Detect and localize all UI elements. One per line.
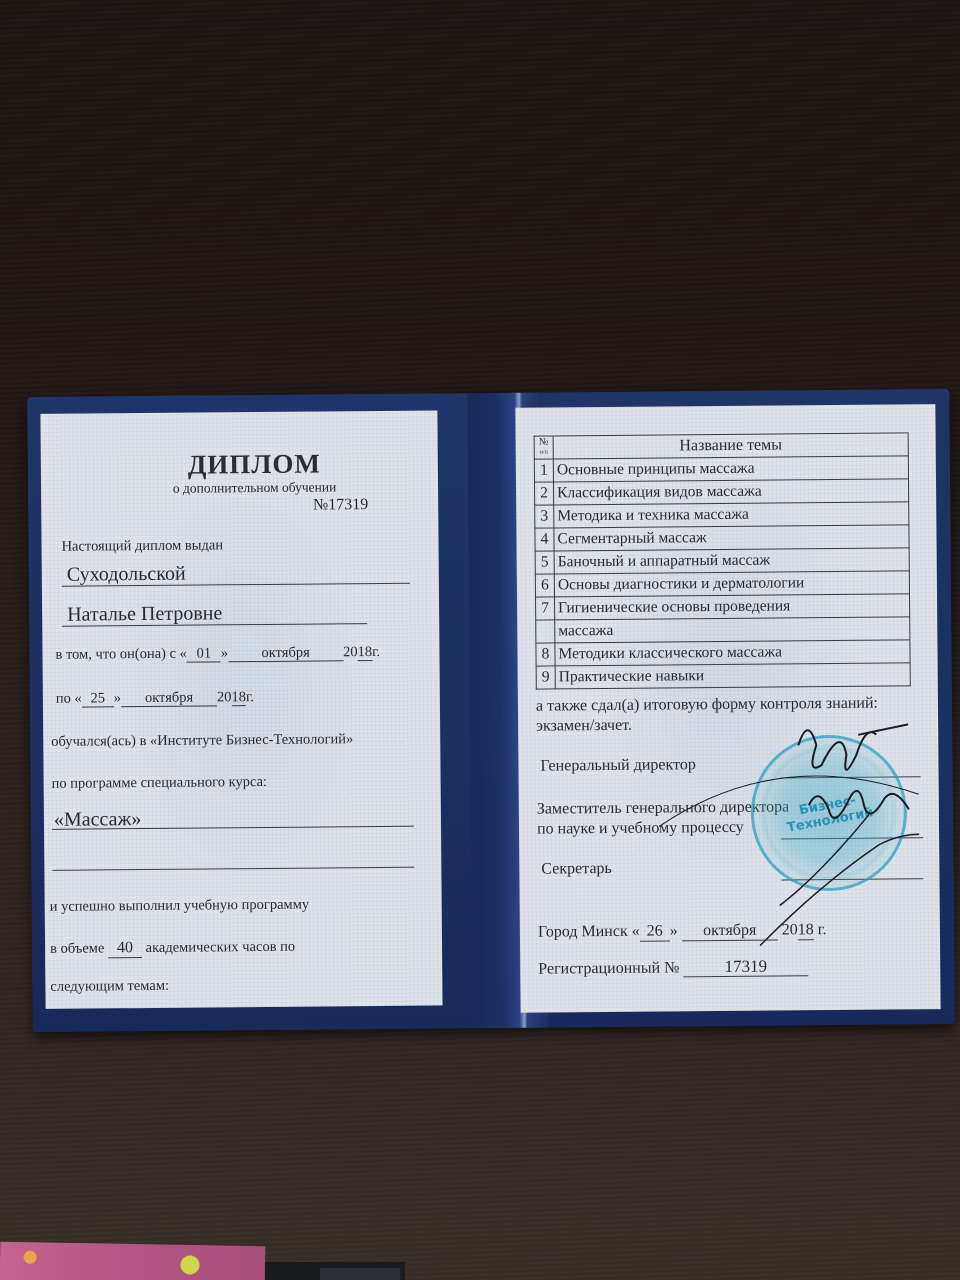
topic-name: Гигиенические основы проведения bbox=[555, 594, 910, 620]
program-label: по программе специального курса: bbox=[52, 774, 268, 793]
hours-value: 40 bbox=[108, 940, 142, 958]
topic-number: 5 bbox=[535, 551, 554, 574]
left-page: ДИПЛОМ о дополнительном обучении №17319 … bbox=[40, 410, 442, 1008]
diploma-cover: ДИПЛОМ о дополнительном обучении №17319 … bbox=[27, 389, 955, 1032]
to-day: 25 bbox=[82, 691, 114, 707]
topic-number: 2 bbox=[535, 482, 554, 505]
topics-label: следующим темам: bbox=[50, 978, 169, 996]
to-date-line: по «25»октября2018г. bbox=[56, 689, 254, 708]
exam-text-2: экзамен/зачет. bbox=[536, 717, 632, 736]
topic-number: 4 bbox=[535, 528, 554, 551]
table-row: 2Классификация видов массажа bbox=[535, 479, 909, 505]
topic-number: 8 bbox=[536, 643, 555, 666]
signatures bbox=[718, 704, 940, 926]
studied-at: обучался(ась) в «Институте Бизнес-Технол… bbox=[51, 731, 353, 751]
course-underline-2 bbox=[52, 867, 414, 871]
completed-text: и успешно выполнил учебную программу bbox=[50, 897, 310, 916]
topic-number: 7 bbox=[536, 597, 555, 620]
patterned-fabric bbox=[0, 1242, 265, 1280]
city-month: октября bbox=[682, 923, 778, 942]
topic-name: Основы диагностики и дерматологии bbox=[554, 571, 909, 597]
topics-table: № п/п Название темы 1Основные принципы м… bbox=[534, 432, 911, 689]
topic-number: 3 bbox=[535, 505, 554, 528]
from-month: октября bbox=[228, 645, 343, 662]
city-year: 18 bbox=[798, 922, 814, 940]
header-number-sub: п/п bbox=[537, 447, 551, 457]
header-topic: Название темы bbox=[553, 433, 908, 459]
table-header-row: № п/п Название темы bbox=[534, 433, 908, 459]
table-row: 8Методики классического массажа bbox=[536, 640, 910, 666]
topic-number bbox=[536, 620, 555, 643]
topic-number: 6 bbox=[535, 574, 554, 597]
topic-name: Баночный и аппаратный массаж bbox=[554, 548, 909, 574]
table-row: 7Гигиенические основы проведения bbox=[536, 594, 910, 620]
topic-name: Основные принципы массажа bbox=[553, 456, 908, 482]
topic-number: 9 bbox=[536, 666, 555, 689]
topics-body: 1Основные принципы массажа2Классификация… bbox=[534, 456, 910, 689]
volume-line: в объеме 40 академических часов по bbox=[50, 939, 295, 959]
table-row: 3Методика и техника массажа bbox=[535, 502, 909, 528]
surname: Суходольской bbox=[67, 563, 186, 587]
right-page: № п/п Название темы 1Основные принципы м… bbox=[515, 404, 940, 1013]
table-row: массажа bbox=[536, 617, 910, 643]
dark-object-2 bbox=[320, 1268, 400, 1280]
from-year: 18 bbox=[358, 645, 373, 661]
registration-line: Регистрационный № 17319 bbox=[538, 957, 808, 978]
topic-name: Методики классического массажа bbox=[555, 640, 910, 666]
diploma-title: ДИПЛОМ bbox=[41, 447, 438, 481]
topic-name: Практические навыки bbox=[555, 663, 910, 689]
table-row: 1Основные принципы массажа bbox=[534, 456, 908, 482]
secretary-label: Секретарь bbox=[541, 860, 612, 879]
deputy-label-2: по науке и учебному процессу bbox=[537, 819, 744, 839]
table-row: 6Основы диагностики и дерматологии bbox=[535, 571, 909, 597]
diploma-number: №17319 bbox=[313, 496, 368, 514]
to-year: 18 bbox=[231, 690, 246, 706]
topic-name: массажа bbox=[555, 617, 910, 643]
topic-name: Методика и техника массажа bbox=[554, 502, 909, 528]
table-row: 4Сегментарный массаж bbox=[535, 525, 909, 551]
issued-to-label: Настоящий диплом выдан bbox=[61, 537, 223, 555]
registration-number: 17319 bbox=[683, 957, 808, 977]
city-date-line: Город Минск «26» октября 2018 г. bbox=[538, 921, 827, 942]
topic-name: Сегментарный массаж bbox=[554, 525, 909, 551]
diploma-subtitle: о дополнительном обучении bbox=[41, 478, 438, 497]
from-day: 01 bbox=[187, 646, 221, 663]
from-date-line: в том, что он(она) с «01»октября2018г. bbox=[55, 644, 380, 664]
to-month: октября bbox=[121, 690, 217, 707]
header-number: № bbox=[537, 437, 551, 447]
table-row: 9Практические навыки bbox=[536, 663, 910, 689]
given-names: Наталье Петровне bbox=[67, 602, 222, 626]
general-director-label: Генеральный директор bbox=[540, 756, 695, 775]
topic-name: Классификация видов массажа bbox=[554, 479, 909, 505]
city-day: 26 bbox=[640, 923, 670, 941]
topic-number: 1 bbox=[534, 459, 553, 482]
table-row: 5Баночный и аппаратный массаж bbox=[535, 548, 909, 574]
